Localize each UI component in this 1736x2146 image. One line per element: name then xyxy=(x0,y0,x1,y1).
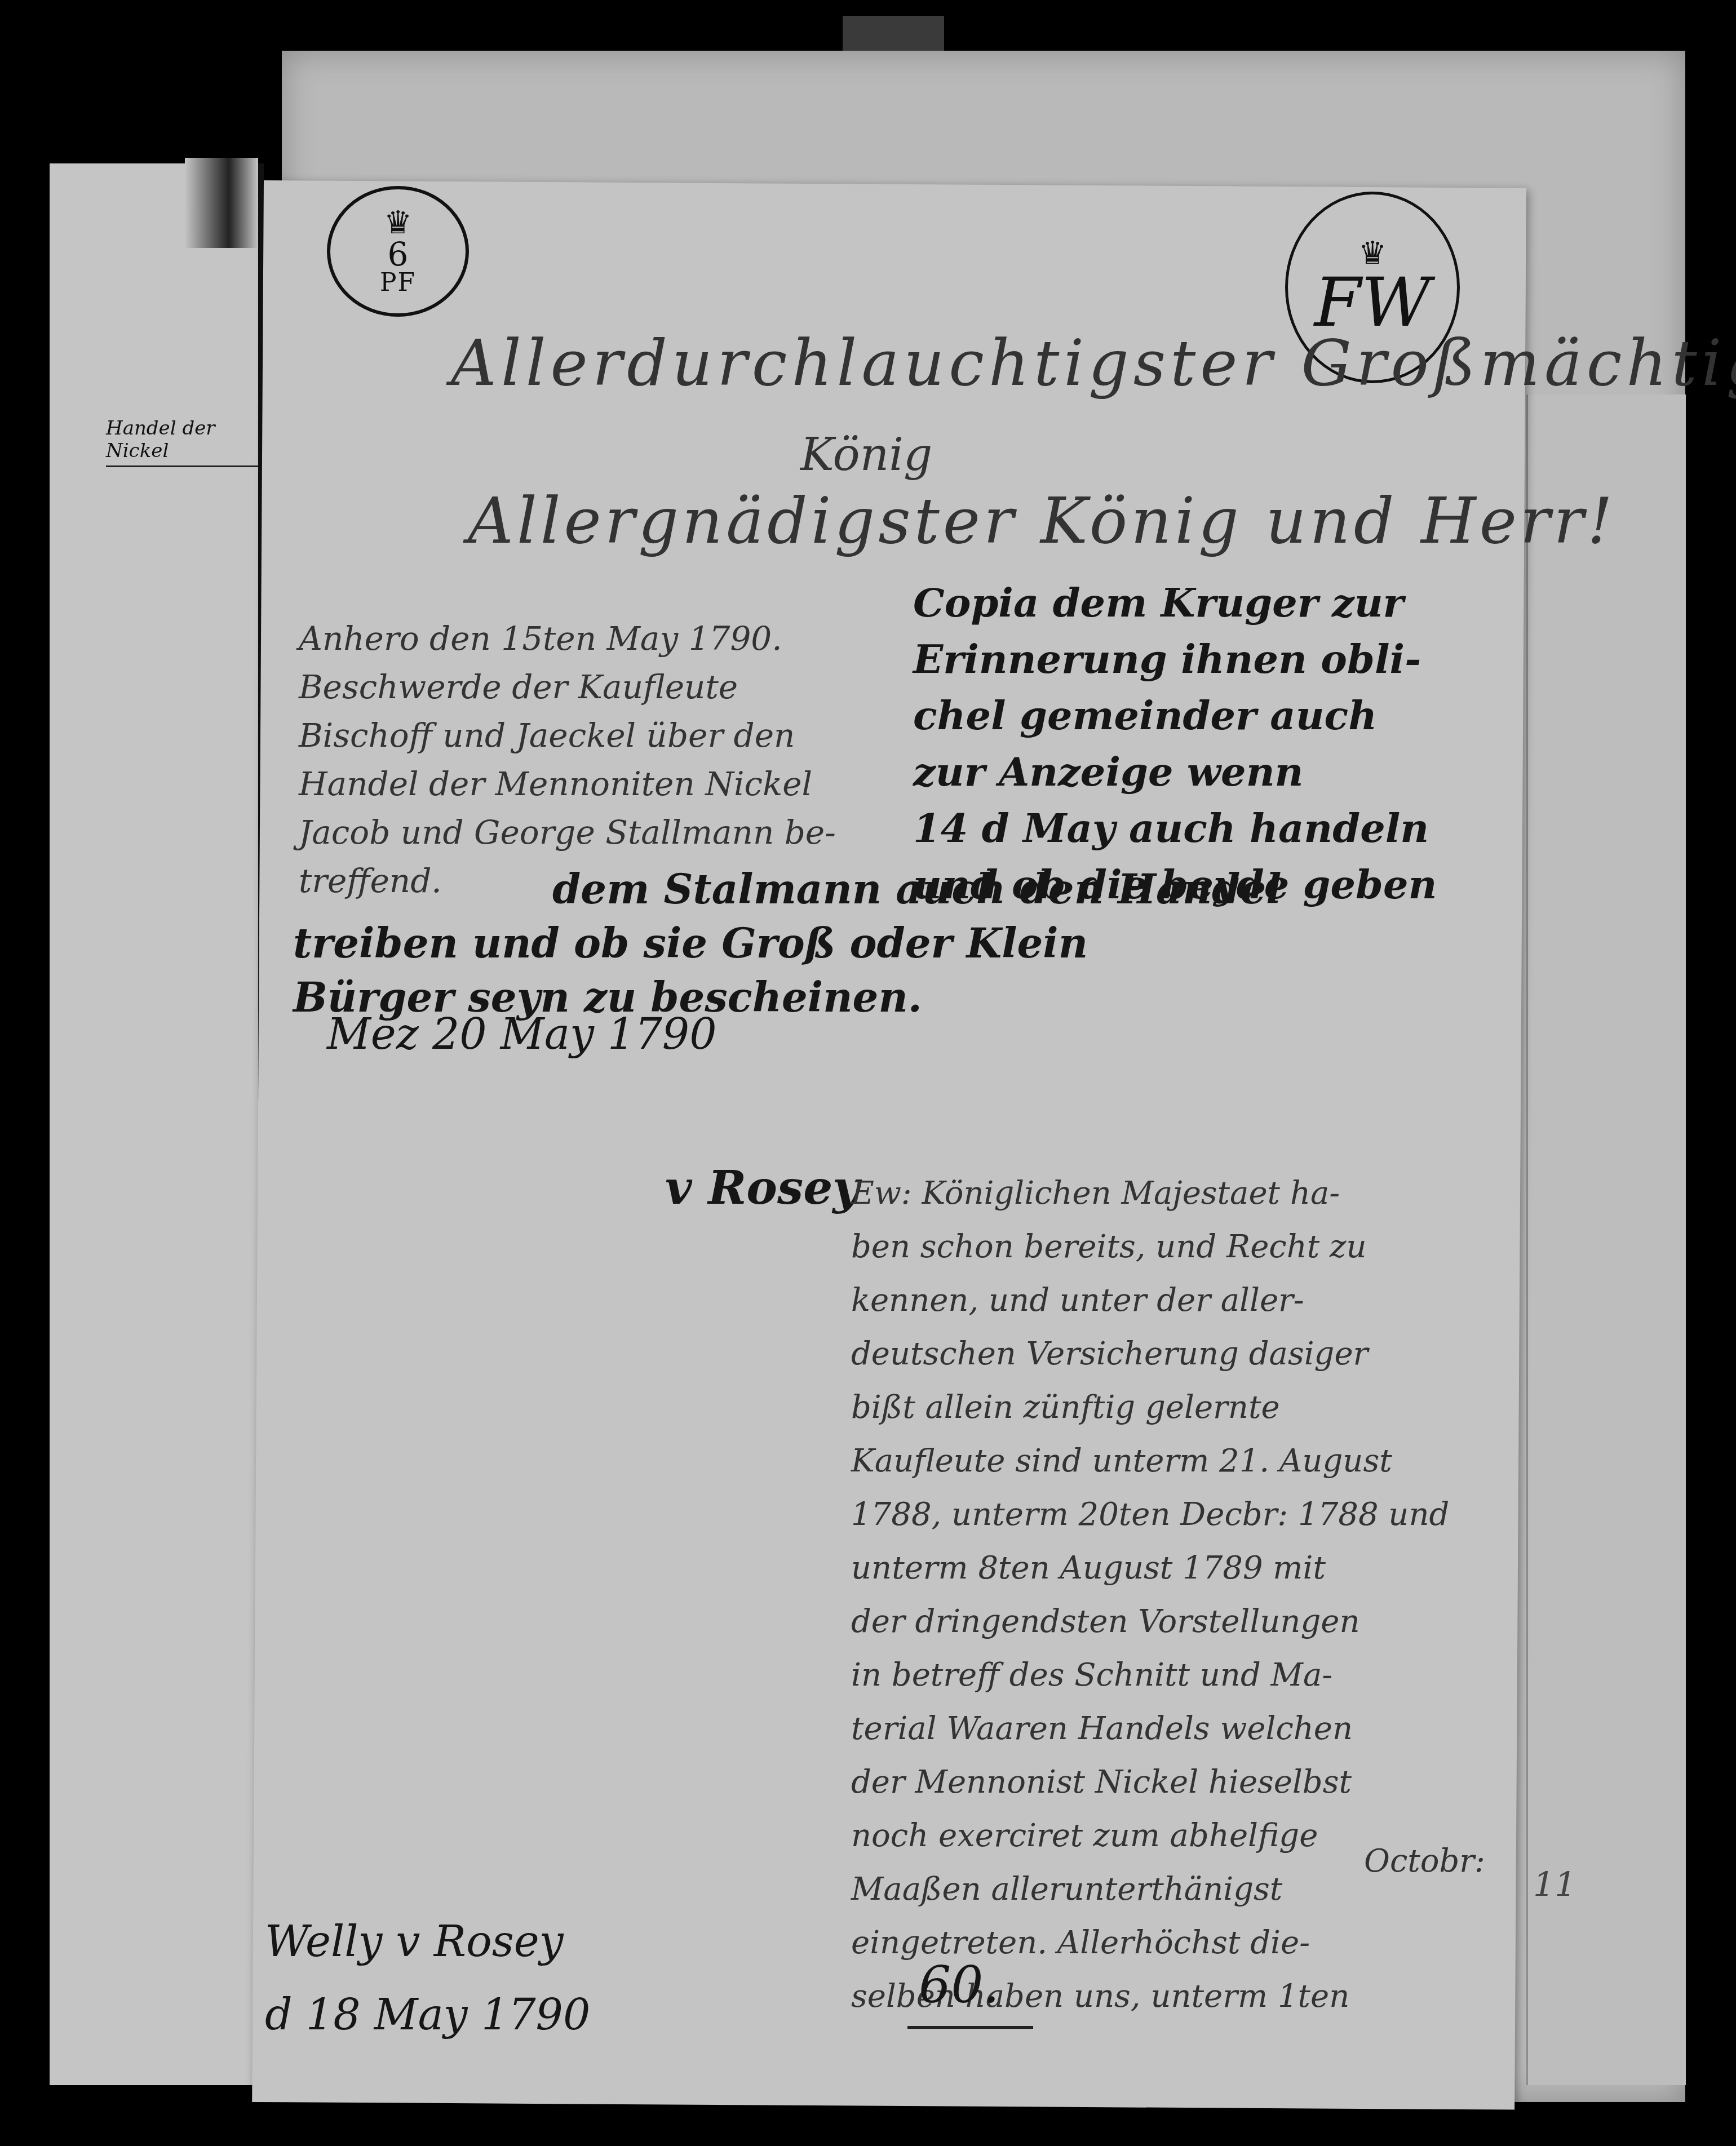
right-column-line: Erinnerung ihnen obli- xyxy=(913,631,1437,688)
left-column-line: Beschwerde der Kaufleute xyxy=(299,663,836,711)
body-line: Maaßen allerunterthänigst xyxy=(851,1863,1449,1916)
body-line: der dringendsten Vorstellungen xyxy=(851,1595,1449,1648)
page-number: 60. xyxy=(907,1956,1033,2029)
left-column-line: Jacob und George Stallmann be- xyxy=(299,808,836,857)
left-column-line: Anhero den 15ten May 1790. xyxy=(299,614,836,663)
binding-tab xyxy=(843,16,944,51)
tally-mark: 11 xyxy=(1533,1865,1576,1905)
right-fold xyxy=(1526,394,1686,2085)
stamp-value: 6 xyxy=(388,239,409,270)
salutation-line-3: Allergnädigster König und Herr! xyxy=(468,485,1616,558)
left-column-line: Bischoff und Jaeckel über den xyxy=(299,711,836,760)
body-line: in betreff des Schnitt und Ma- xyxy=(851,1648,1449,1702)
right-column-line: Copia dem Kruger zur xyxy=(913,575,1437,631)
bottom-annotation-line: d 18 May 1790 xyxy=(265,1978,590,2051)
date-note: Mez 20 May 1790 xyxy=(327,1009,717,1059)
right-column-line: chel gemeinder auch xyxy=(913,688,1437,744)
body-line: unterm 8ten August 1789 mit xyxy=(851,1541,1449,1595)
salutation-line-1: Allerdurchlauchtigster Großmächtigster xyxy=(451,327,1736,400)
body-line: Ew: Königlichen Majestaet ha- xyxy=(851,1167,1449,1220)
stamp-unit: PF xyxy=(380,271,416,295)
bottom-annotation: Welly v Rosey d 18 May 1790 xyxy=(265,1905,590,2051)
margin-note: Handel der Nickel xyxy=(106,417,258,467)
body-line: der Mennonist Nickel hieselbst xyxy=(851,1755,1449,1809)
body-line: 1788, unterm 20ten Decbr: 1788 und xyxy=(851,1488,1449,1541)
body-line: kennen, und unter der aller- xyxy=(851,1274,1449,1327)
tax-stamp: ♛ 6 PF xyxy=(327,186,469,317)
body-line: noch exerciret zum abhelfige xyxy=(851,1809,1449,1863)
continuation-line: dem Stalmann auch den Handel xyxy=(293,862,1282,916)
right-column-line: 14 d May auch handeln xyxy=(913,800,1437,857)
left-column-note: Anhero den 15ten May 1790. Beschwerde de… xyxy=(299,614,836,905)
continuation-line: treiben und ob sie Groß oder Klein xyxy=(293,916,1282,970)
right-column-line: zur Anzeige wenn xyxy=(913,744,1437,800)
folder-strip: Handel der Nickel xyxy=(50,163,264,2085)
continuation-note: dem Stalmann auch den Handel treiben und… xyxy=(293,862,1282,1025)
closing-word: Octobr: xyxy=(1364,1843,1485,1879)
body-text: Ew: Königlichen Majestaet ha- ben schon … xyxy=(851,1167,1449,2023)
signature: v Rosey xyxy=(665,1161,860,1215)
salutation-line-2: König xyxy=(800,428,932,481)
body-line: terial Waaren Handels welchen xyxy=(851,1702,1449,1755)
body-line: ben schon bereits, und Recht zu xyxy=(851,1220,1449,1274)
crown-icon: ♛ xyxy=(384,207,412,239)
bottom-annotation-line: Welly v Rosey xyxy=(265,1905,590,1978)
body-line: deutschen Versicherung dasiger xyxy=(851,1327,1449,1381)
left-column-line: Handel der Mennoniten Nickel xyxy=(299,760,836,808)
body-line: bißt allein zünftig gelernte xyxy=(851,1381,1449,1434)
body-line: Kaufleute sind unterm 21. August xyxy=(851,1434,1449,1488)
